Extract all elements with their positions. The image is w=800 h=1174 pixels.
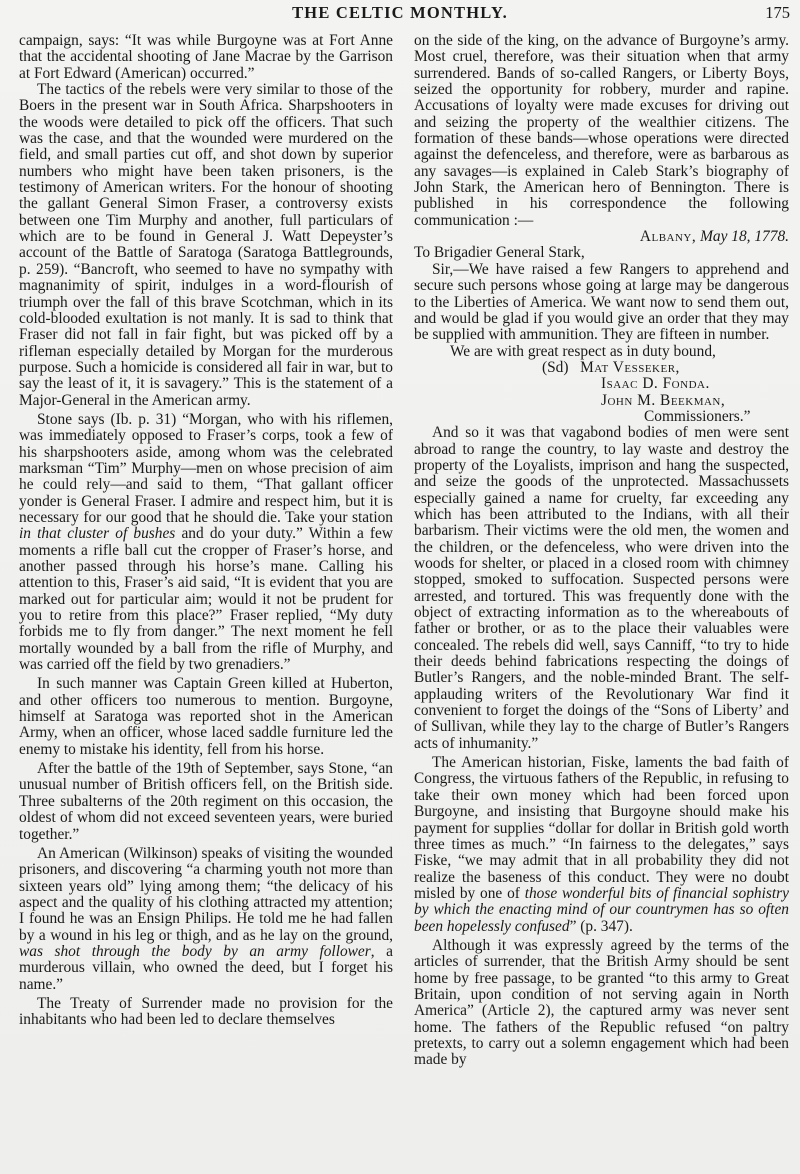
paragraph: The Treaty of Surrender made no provisio… xyxy=(19,996,393,1029)
dateline-date: May 18, 1778. xyxy=(700,228,789,245)
sd-mark: (Sd) xyxy=(542,359,569,376)
right-column: on the side of the king, on the advance … xyxy=(414,33,789,1069)
running-title: THE CELTIC MONTHLY. xyxy=(0,3,800,23)
letter-closing: We are with great respect as in duty bou… xyxy=(414,344,789,360)
paragraph-text: ” (p. 347). xyxy=(570,918,633,935)
dateline-place: Albany, xyxy=(640,228,696,245)
paragraph: Although it was expressly agreed by the … xyxy=(414,938,789,1069)
signature-line: (Sd) Mat Vesseker, xyxy=(414,360,789,376)
paragraph: An American (Wilkinson) speaks of visiti… xyxy=(19,846,393,993)
paragraph: campaign, says: “It was while Burgoyne w… xyxy=(19,33,393,82)
italic-text: was shot through the body by an army fol… xyxy=(19,943,371,960)
quoted-letter: Albany, May 18, 1778. To Brigadier Gener… xyxy=(414,229,789,425)
page-number: 175 xyxy=(765,3,790,23)
paragraph: Stone says (Ib. p. 31) “Morgan, who with… xyxy=(19,412,393,674)
letter-salutation: To Brigadier General Stark, xyxy=(414,245,789,261)
signatory: John M. Beekman, xyxy=(601,392,725,409)
signature-line: Isaac D. Fonda. xyxy=(414,376,789,392)
letter-body: Sir,—We have raised a few Rangers to app… xyxy=(414,262,789,344)
paragraph: After the battle of the 19th of Septembe… xyxy=(19,761,393,843)
running-head: THE CELTIC MONTHLY. 175 xyxy=(0,3,800,25)
paragraph: In such manner was Captain Green killed … xyxy=(19,676,393,758)
signatory-role: Commissioners.” xyxy=(414,409,789,425)
left-column: campaign, says: “It was while Burgoyne w… xyxy=(19,33,393,1029)
paragraph-text: and do your duty.” Within a few moments … xyxy=(19,525,393,673)
paragraph: The tactics of the rebels were very simi… xyxy=(19,82,393,409)
paragraph: And so it was that vagabond bodies of me… xyxy=(414,425,789,752)
signatory: Isaac D. Fonda. xyxy=(601,375,710,392)
signature-line: John M. Beekman, xyxy=(414,393,789,409)
signatory: Mat Vesseker, xyxy=(580,359,680,376)
italic-text: in that cluster of bushes xyxy=(19,525,175,542)
paragraph: The American historian, Fiske, laments t… xyxy=(414,755,789,935)
document-page: THE CELTIC MONTHLY. 175 campaign, says: … xyxy=(0,0,800,1174)
paragraph-text: Stone says (Ib. p. 31) “Morgan, who with… xyxy=(19,411,393,526)
paragraph-text: An American (Wilkinson) speaks of visiti… xyxy=(19,845,393,944)
paragraph: on the side of the king, on the advance … xyxy=(414,33,789,229)
paragraph-text: The American historian, Fiske, laments t… xyxy=(414,754,789,902)
letter-dateline: Albany, May 18, 1778. xyxy=(414,229,789,245)
